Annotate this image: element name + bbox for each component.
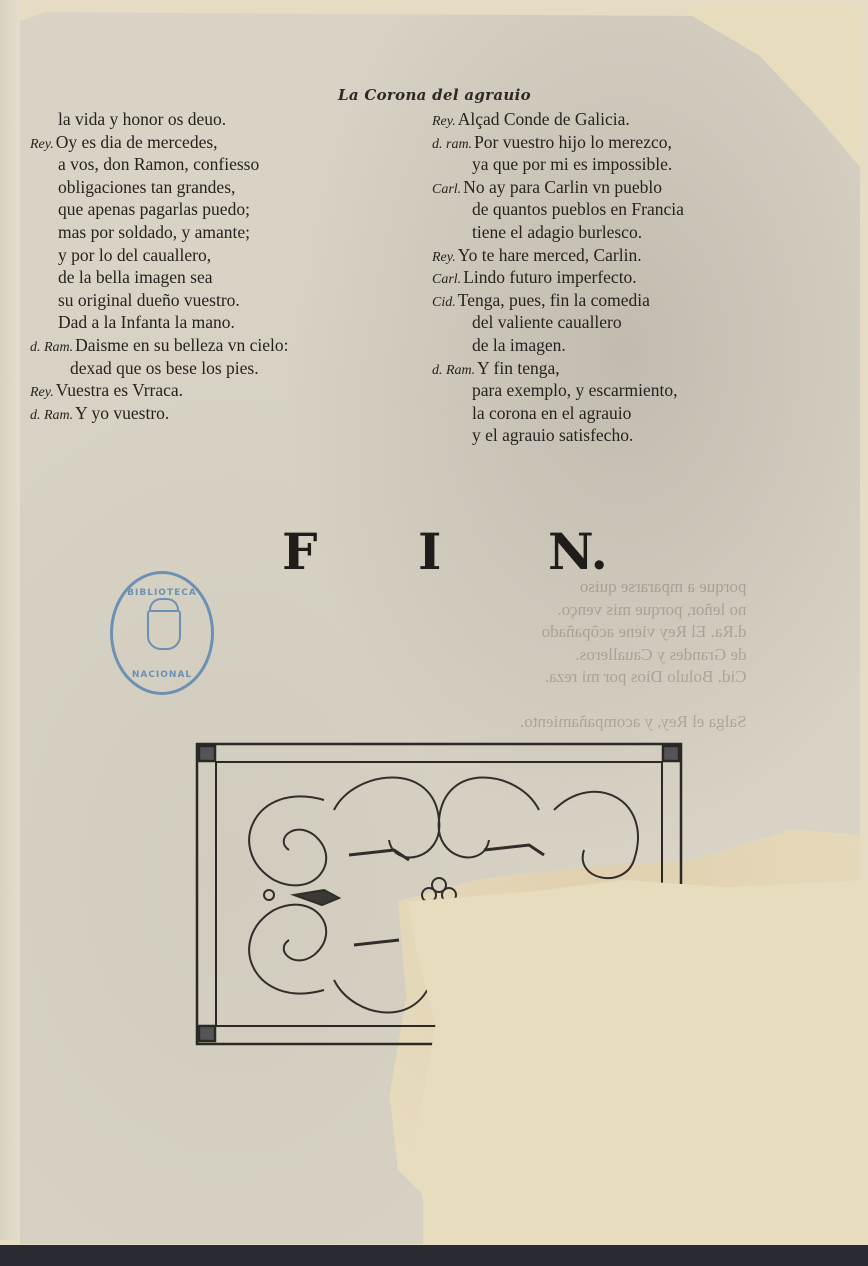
verse-line: Rey.Oy es dia de mercedes, bbox=[30, 131, 430, 154]
verse-line: Carl.No ay para Carlin vn pueblo bbox=[432, 176, 832, 199]
speaker-label: Carl. bbox=[432, 272, 461, 287]
speaker-label: d. ram. bbox=[432, 137, 472, 152]
verse-line: Rey.Alçad Conde de Galicia. bbox=[432, 108, 832, 131]
verse-text: y el agrauio satisfecho. bbox=[472, 425, 633, 445]
verse-text: y por lo del cauallero, bbox=[58, 245, 211, 265]
speaker-label: d. Ram. bbox=[432, 363, 475, 378]
coat-of-arms-icon bbox=[147, 610, 181, 650]
verse-text: Yo te hare merced, Carlin. bbox=[458, 245, 642, 265]
verse-line: Carl.Lindo futuro imperfecto. bbox=[432, 266, 832, 289]
running-header: La Corona del agrauio bbox=[338, 86, 531, 104]
fin-letter-i: I bbox=[418, 522, 441, 581]
verse-line: d. Ram.Y fin tenga, bbox=[432, 357, 832, 380]
verse-text: tiene el adagio burlesco. bbox=[472, 222, 642, 242]
verse-text: de la bella imagen sea bbox=[58, 267, 213, 287]
verse-text: del valiente cauallero bbox=[472, 312, 622, 332]
show-through-text: porque a mpararse quiso no leñor, porque… bbox=[520, 576, 746, 734]
verse-line: Rey.Yo te hare merced, Carlin. bbox=[432, 244, 832, 267]
verse-text: No ay para Carlin vn pueblo bbox=[463, 177, 662, 197]
speaker-label: d. Ram. bbox=[30, 408, 73, 423]
verse-line: Dad a la Infanta la mano. bbox=[30, 311, 430, 334]
fin-letter-f: F bbox=[282, 522, 318, 581]
verse-text: Tenga, pues, fin la comedia bbox=[458, 290, 650, 310]
verse-line: y el agrauio satisfecho. bbox=[432, 424, 832, 447]
library-stamp: BIBLIOTECA NACIONAL bbox=[110, 571, 214, 695]
verse-line: de la bella imagen sea bbox=[30, 266, 430, 289]
verse-text: Y yo vuestro. bbox=[75, 403, 169, 423]
verse-line: y por lo del cauallero, bbox=[30, 244, 430, 267]
verse-text: Daisme en su belleza vn cielo: bbox=[75, 335, 288, 355]
verse-text: la vida y honor os deuo. bbox=[58, 109, 226, 129]
verse-line: ya que por mi es impossible. bbox=[432, 153, 832, 176]
speaker-label: Rey. bbox=[30, 137, 54, 152]
verse-text: mas por soldado, y amante; bbox=[58, 222, 250, 242]
verse-text: Vuestra es Vrraca. bbox=[56, 380, 183, 400]
speaker-label: Cid. bbox=[432, 295, 456, 310]
verse-text: Lindo futuro imperfecto. bbox=[463, 267, 637, 287]
speaker-label: Rey. bbox=[432, 250, 456, 265]
verse-text: dexad que os bese los pies. bbox=[70, 358, 259, 378]
verse-text: la corona en el agrauio bbox=[472, 403, 631, 423]
stamp-top-text: BIBLIOTECA bbox=[113, 588, 211, 598]
verse-text: Por vuestro hijo lo merezco, bbox=[474, 132, 672, 152]
verse-line: la corona en el agrauio bbox=[432, 402, 832, 425]
verse-line: de la imagen. bbox=[432, 334, 832, 357]
previous-page-edge bbox=[0, 0, 20, 1240]
verse-text: ya que por mi es impossible. bbox=[472, 154, 672, 174]
verse-text: Y fin tenga, bbox=[477, 358, 559, 378]
verse-line: su original dueño vuestro. bbox=[30, 289, 430, 312]
verse-text: que apenas pagarlas puedo; bbox=[58, 199, 250, 219]
verse-line: mas por soldado, y amante; bbox=[30, 221, 430, 244]
colophon-fin: F I N. bbox=[282, 522, 622, 582]
right-column: Rey.Alçad Conde de Galicia.d. ram.Por vu… bbox=[432, 108, 832, 447]
verse-text: Oy es dia de mercedes, bbox=[56, 132, 218, 152]
verse-text: de quantos pueblos en Francia bbox=[472, 199, 684, 219]
verse-text: Dad a la Infanta la mano. bbox=[58, 312, 235, 332]
speaker-label: Rey. bbox=[432, 114, 456, 129]
verse-line: d. ram.Por vuestro hijo lo merezco, bbox=[432, 131, 832, 154]
verse-text: su original dueño vuestro. bbox=[58, 290, 240, 310]
verse-line: dexad que os bese los pies. bbox=[30, 357, 430, 380]
verse-line: la vida y honor os deuo. bbox=[30, 108, 430, 131]
verse-text: de la imagen. bbox=[472, 335, 566, 355]
verse-line: que apenas pagarlas puedo; bbox=[30, 198, 430, 221]
verse-line: d. Ram.Y yo vuestro. bbox=[30, 402, 430, 425]
speaker-label: d. Ram. bbox=[30, 340, 73, 355]
verse-line: Cid.Tenga, pues, fin la comedia bbox=[432, 289, 832, 312]
verse-line: del valiente cauallero bbox=[432, 311, 832, 334]
verse-text: obligaciones tan grandes, bbox=[58, 177, 235, 197]
verse-text: a vos, don Ramon, confiesso bbox=[58, 154, 259, 174]
verse-line: d. Ram.Daisme en su belleza vn cielo: bbox=[30, 334, 430, 357]
speaker-label: Rey. bbox=[30, 385, 54, 400]
verse-line: para exemplo, y escarmiento, bbox=[432, 379, 832, 402]
verse-line: de quantos pueblos en Francia bbox=[432, 198, 832, 221]
left-column: la vida y honor os deuo.Rey.Oy es dia de… bbox=[30, 108, 430, 424]
verse-line: a vos, don Ramon, confiesso bbox=[30, 153, 430, 176]
fin-letter-n: N. bbox=[548, 522, 608, 581]
repair-patch-overlay bbox=[398, 880, 868, 1240]
verse-line: obligaciones tan grandes, bbox=[30, 176, 430, 199]
verse-text: Alçad Conde de Galicia. bbox=[458, 109, 630, 129]
speaker-label: Carl. bbox=[432, 182, 461, 197]
verse-text: para exemplo, y escarmiento, bbox=[472, 380, 678, 400]
verse-line: Rey.Vuestra es Vrraca. bbox=[30, 379, 430, 402]
stamp-bottom-text: NACIONAL bbox=[113, 670, 211, 680]
verse-line: tiene el adagio burlesco. bbox=[432, 221, 832, 244]
